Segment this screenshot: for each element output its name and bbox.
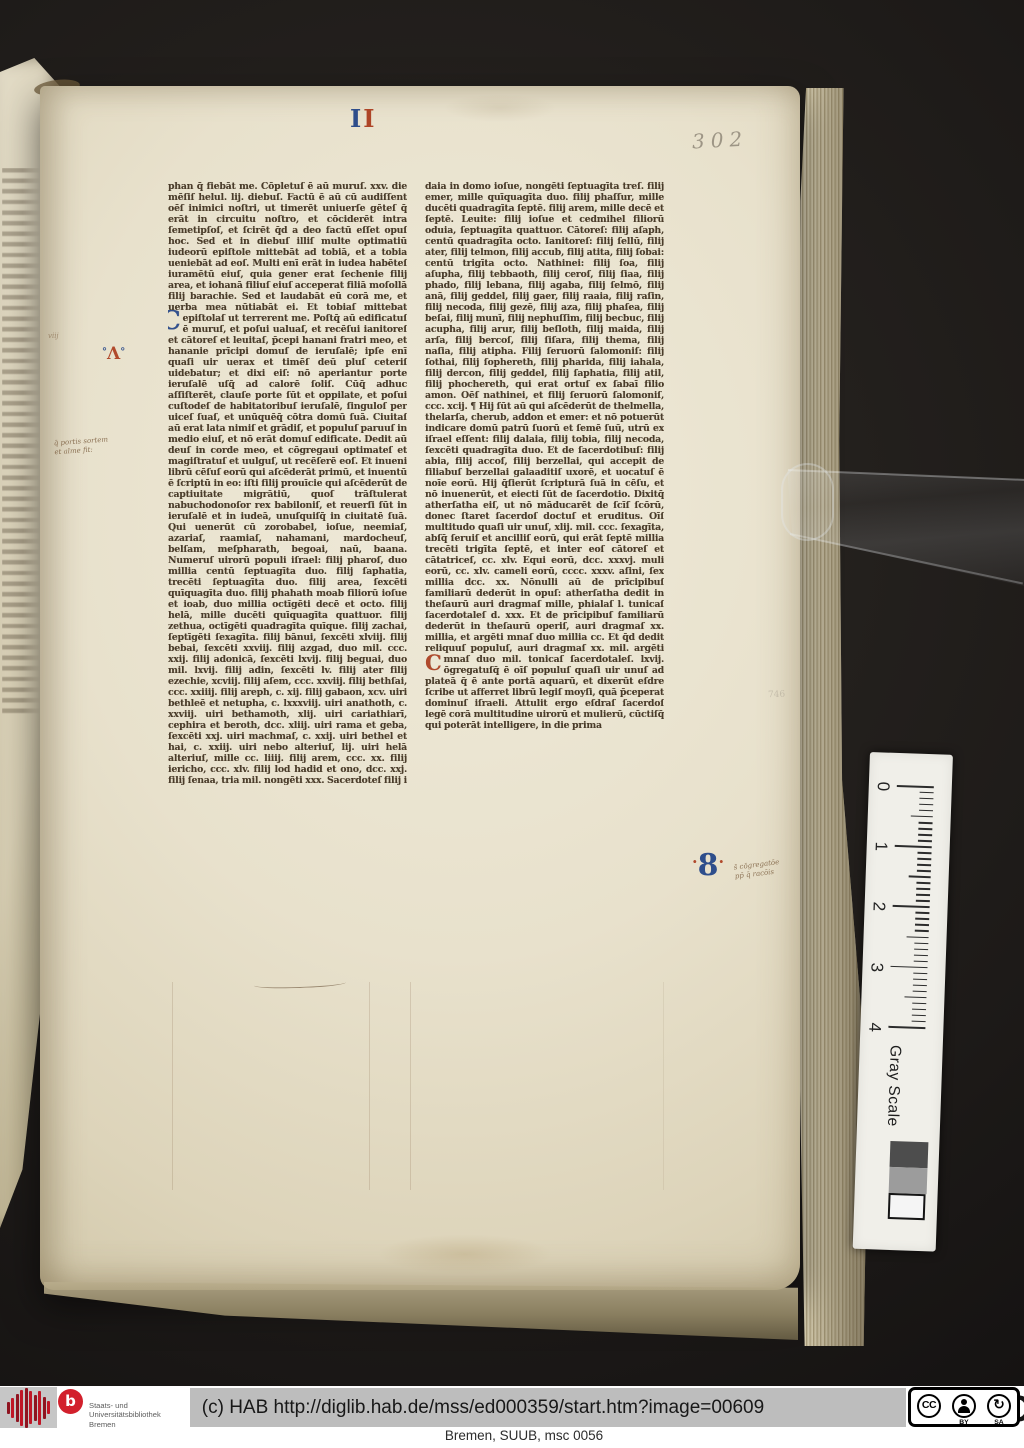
column1-blue-initial: C bbox=[168, 311, 181, 332]
column1-text-b: Poſtq̄ aū edificatuſ ē muruſ, et poſui u… bbox=[168, 313, 407, 786]
faint-pencil-mark: 746 bbox=[768, 690, 786, 701]
column2-text-b: ōgregatuſq̄ ē oīſ populuſ quaſi uir unuſ… bbox=[425, 665, 664, 731]
measurement-ruler: 01234 Gray Scale bbox=[853, 752, 953, 1252]
ruling-line bbox=[663, 982, 664, 1190]
copyright-url: (c) HAB http://diglib.hab.de/mss/ed00035… bbox=[190, 1388, 776, 1427]
library-logo-b-icon: b bbox=[58, 1389, 83, 1414]
chapter-8-margin-mark: ·8· bbox=[692, 848, 724, 883]
digitized-manuscript-scan: 6 II 302 746 phan q̄ fiebāt me. Cōpletuſ… bbox=[0, 0, 1024, 1448]
cc-icon: CC bbox=[917, 1394, 941, 1418]
chapter-7-margin-mark: °Λ° bbox=[102, 344, 125, 364]
manuscript-page: II 302 746 phan q̄ fiebāt me. Cōpletuſ ē… bbox=[40, 86, 800, 1290]
cc-license-badge: CC ↻ BY SA bbox=[908, 1387, 1020, 1427]
parchment-stain bbox=[420, 88, 580, 128]
parchment-stain bbox=[340, 1226, 590, 1282]
bottom-leaf-stack bbox=[44, 1282, 798, 1340]
photo-area: 6 II 302 746 phan q̄ fiebāt me. Cōpletuſ… bbox=[0, 0, 1024, 1386]
copyright-bar: (c) HAB http://diglib.hab.de/mss/ed00035… bbox=[190, 1388, 906, 1427]
footer-bar: b Staats- und Universitätsbibliothek Bre… bbox=[0, 1386, 1024, 1448]
shelfmark-caption: Bremen, SUUB, msc 0056 bbox=[0, 1428, 1024, 1443]
text-column-2: daia in domo ioſue, nongēti ſeptuagīta t… bbox=[425, 181, 664, 984]
page-holder-cap bbox=[781, 463, 834, 541]
left-margin-gloss: q̄ portis sortem et alme fit: bbox=[54, 433, 150, 457]
folio-number-pencil: 302 bbox=[691, 127, 748, 154]
cc-sa-icon: ↻ bbox=[987, 1394, 1011, 1418]
gray-scale-label: Gray Scale bbox=[883, 1045, 904, 1138]
cc-by-person-icon bbox=[952, 1394, 976, 1418]
running-title-red: I bbox=[363, 104, 376, 133]
library-name: Staats- und Universitätsbibliothek Breme… bbox=[89, 1401, 161, 1429]
ruler-ticks: 01234 bbox=[870, 752, 953, 755]
column2-red-initial: C bbox=[425, 654, 442, 672]
running-title: II bbox=[350, 104, 440, 133]
library-logo-bars bbox=[0, 1387, 57, 1428]
running-title-blue: I bbox=[350, 104, 363, 133]
text-column-1: phan q̄ fiebāt me. Cōpletuſ ē aū muruſ. … bbox=[168, 181, 407, 984]
column2-text-a: daia in domo ioſue, nongēti ſeptuagīta t… bbox=[425, 181, 664, 665]
cc-by-label: BY bbox=[952, 1419, 976, 1426]
tiny-margin-gloss: viij bbox=[48, 332, 88, 341]
ruling-line bbox=[410, 982, 411, 1190]
ruling-line bbox=[369, 982, 370, 1190]
gray-scale-swatches bbox=[888, 1141, 929, 1220]
cc-sa-label: SA bbox=[987, 1419, 1011, 1426]
facing-page-text-fragments bbox=[2, 168, 40, 716]
column1-text-a: phan q̄ fiebāt me. Cōpletuſ ē aū muruſ. … bbox=[168, 181, 407, 324]
ruling-line bbox=[172, 982, 173, 1190]
